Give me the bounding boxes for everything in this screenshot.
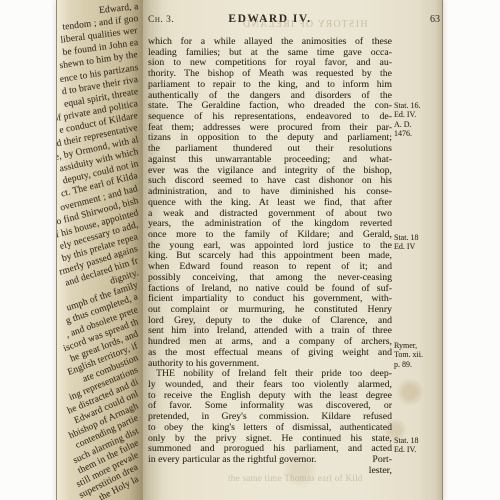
body-line: parliament to repair to the king, and to…	[148, 80, 392, 91]
margin-note-line: Rymer,	[394, 341, 442, 350]
margin-note-line: Stat. 16.	[394, 101, 442, 110]
margin-note-line: Stat. 18	[394, 233, 442, 242]
margin-note-line: Tom. xii.	[394, 350, 442, 359]
margin-note-stat16: Stat. 16.Ed. IV.A. D.1476.	[394, 101, 442, 138]
body-line: in every particular as the rightful gove…	[148, 455, 392, 466]
body-line: to obey the king's letters of dismissal,…	[148, 423, 392, 434]
show-through-bottom: the same time Thomas earl of Kild	[228, 473, 363, 483]
body-line: possibly conceiving, that among the neve…	[148, 273, 392, 284]
margin-note-line: 1476.	[394, 129, 442, 138]
margin-note-line: Ed. IV.	[394, 110, 442, 119]
margin-note-line: A. D.	[394, 120, 442, 129]
page-number: 63	[430, 14, 440, 25]
right-page: Ch. 3. EDWARD IV. 63 HISTORY OF IRELAND …	[132, 0, 443, 500]
margin-note-stat18-a: Stat. 18Ed. IV	[394, 233, 442, 252]
margin-note-stat18-b: Stat. 18Ed. IV.	[394, 436, 442, 455]
body-text: which for a while allayed the animositie…	[148, 37, 392, 476]
show-through-top: HISTORY OF IRELAND	[242, 19, 368, 30]
left-page: Edward, atendom ; and if gooliberal qual…	[56, 0, 143, 500]
margin-note-line: Stat. 18	[394, 436, 442, 445]
margin-note-rymer: Rymer,Tom. xii.p. 89.	[394, 341, 442, 369]
body-line: quence with the king. At least we find, …	[148, 198, 392, 209]
margin-note-line: Ed. IV	[394, 242, 442, 251]
margin-note-line: p. 89.	[394, 360, 442, 369]
body-line-text: in every particular as the rightful gove…	[148, 455, 316, 466]
body-line: as the most effectual means of giving we…	[148, 348, 392, 359]
margin-note-line: Ed. IV.	[394, 445, 442, 454]
